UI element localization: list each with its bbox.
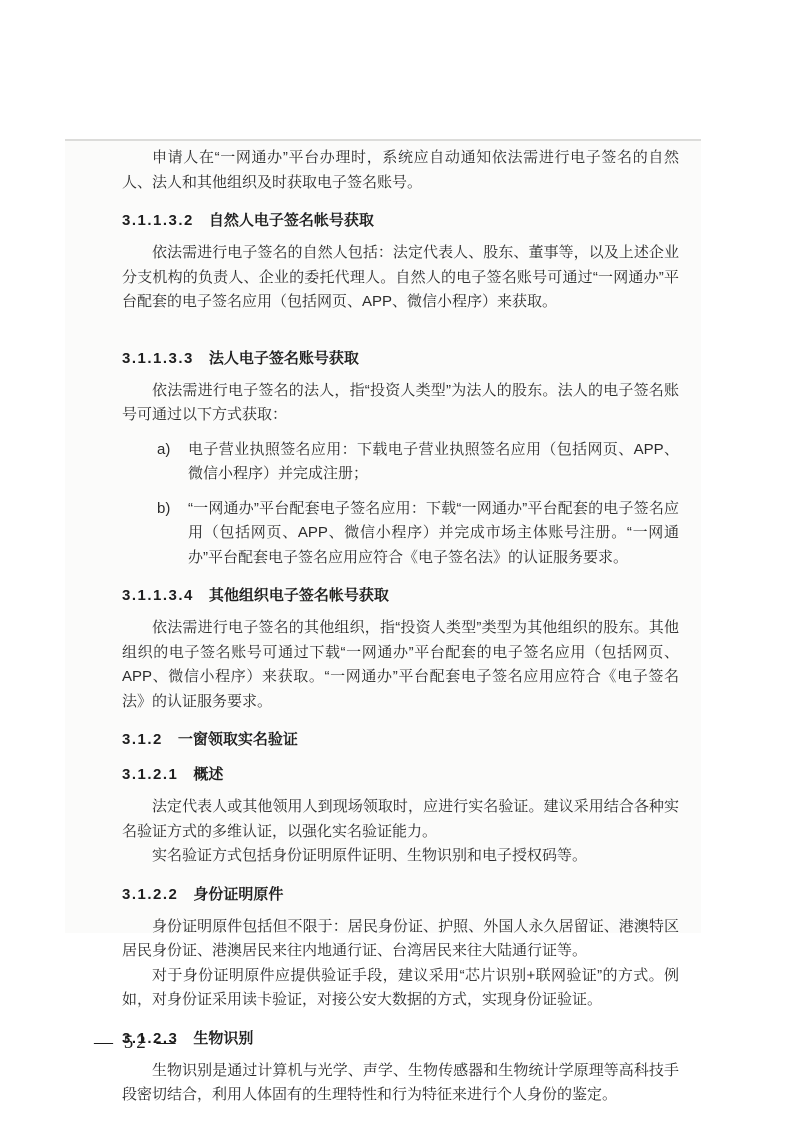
body-paragraph: 法定代表人或其他领用人到现场领取时，应进行实名验证。建议采用结合各种实名验证方式… <box>122 795 679 844</box>
body-paragraph: 实名验证方式包括身份证明原件证明、生物识别和电子授权码等。 <box>122 844 679 869</box>
section-title: 法人电子签名账号获取 <box>209 350 359 367</box>
section-title: 概述 <box>193 766 223 783</box>
section-number: 3.1.2 <box>122 731 163 748</box>
list-item-text: “一网通办”平台配套电子签名应用：下载“一网通办”平台配套的电子签名应用（包括网… <box>188 497 679 571</box>
section-heading: 3.1.1.3.4其他组织电子签名帐号获取 <box>122 587 679 605</box>
section-number: 3.1.2.2 <box>122 886 178 903</box>
list-item-label: b) <box>157 497 188 571</box>
section-heading: 3.1.2一窗领取实名验证 <box>122 731 679 749</box>
section-heading: 3.1.1.3.3法人电子签名账号获取 <box>122 350 679 368</box>
body-paragraph: 依法需进行电子签名的其他组织，指“投资人类型”类型为其他组织的股东。其他组织的电… <box>122 616 679 714</box>
section-number: 3.1.2.1 <box>122 766 178 783</box>
body-paragraph: 依法需进行电子签名的法人，指“投资人类型”为法人的股东。法人的电子签名账号可通过… <box>122 379 679 428</box>
section-heading: 3.1.2.2身份证明原件 <box>122 886 679 904</box>
document-page: 申请人在“一网通办”平台办理时，系统应自动通知依法需进行电子签名的自然人、法人和… <box>0 0 793 1122</box>
list-item: a) 电子营业执照签名应用：下载电子营业执照签名应用（包括网页、APP、微信小程… <box>157 438 679 487</box>
page-number: — 52 — <box>94 1032 179 1054</box>
section-heading: 3.1.2.3生物识别 <box>122 1030 679 1048</box>
intro-paragraph: 申请人在“一网通办”平台办理时，系统应自动通知依法需进行电子签名的自然人、法人和… <box>122 146 679 195</box>
section-title: 一窗领取实名验证 <box>178 731 298 748</box>
body-paragraph: 对于身份证明原件应提供验证手段，建议采用“芯片识别+联网验证”的方式。例如，对身… <box>122 964 679 1013</box>
section-title: 身份证明原件 <box>193 886 283 903</box>
section-number: 3.1.1.3.2 <box>122 212 194 229</box>
body-paragraph: 依法需进行电子签名的自然人包括：法定代表人、股东、董事等，以及上述企业分支机构的… <box>122 241 679 315</box>
section-title: 其他组织电子签名帐号获取 <box>209 587 389 604</box>
list-item: b) “一网通办”平台配套电子签名应用：下载“一网通办”平台配套的电子签名应用（… <box>157 497 679 571</box>
section-heading: 3.1.1.3.2自然人电子签名帐号获取 <box>122 212 679 230</box>
scan-region: 申请人在“一网通办”平台办理时，系统应自动通知依法需进行电子签名的自然人、法人和… <box>65 139 701 933</box>
list-item-label: a) <box>157 438 188 487</box>
section-title: 自然人电子签名帐号获取 <box>209 212 374 229</box>
body-paragraph: 生物识别是通过计算机与光学、声学、生物传感器和生物统计学原理等高科技手段密切结合… <box>122 1059 679 1108</box>
section-title: 生物识别 <box>193 1030 253 1047</box>
section-number: 3.1.1.3.4 <box>122 587 194 604</box>
list-item-text: 电子营业执照签名应用：下载电子营业执照签名应用（包括网页、APP、微信小程序）并… <box>188 438 679 487</box>
body-paragraph: 身份证明原件包括但不限于：居民身份证、护照、外国人永久居留证、港澳特区居民身份证… <box>122 915 679 964</box>
section-heading: 3.1.2.1概述 <box>122 766 679 784</box>
section-number: 3.1.1.3.3 <box>122 350 194 367</box>
